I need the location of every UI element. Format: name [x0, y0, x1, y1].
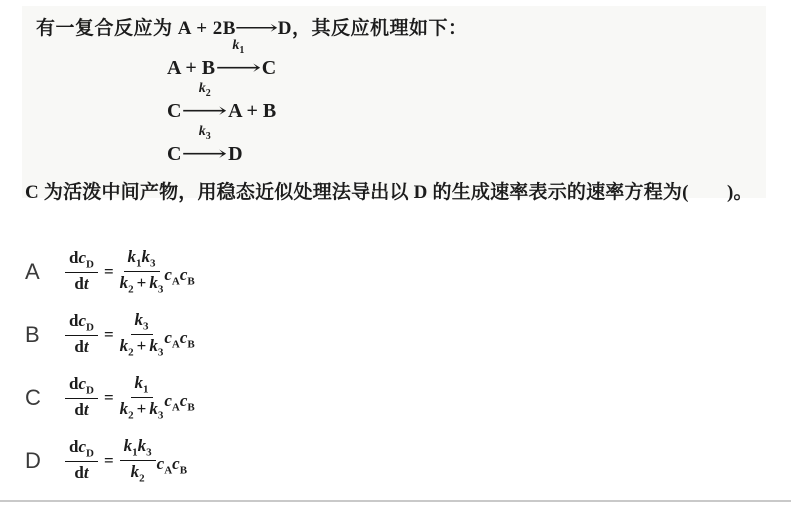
lhs-derivative-fraction: dcD dt — [65, 375, 98, 420]
mechanism-step-2: C k2 ⟶ A + B — [167, 83, 766, 126]
reaction-arrow-icon: ⟶ — [171, 141, 239, 166]
step3-arrow: k3 ⟶ — [183, 141, 226, 166]
rate-constant-fraction: k1 k2+k3 — [120, 374, 164, 422]
option-a-formula: dcD dt = k1k3 k2+k3 cAcB — [65, 248, 195, 296]
lhs-derivative-fraction: dcD dt — [65, 438, 98, 483]
option-b-label[interactable]: B — [25, 322, 49, 348]
intro-suffix: ，其反应机理如下： — [292, 18, 468, 39]
lhs-derivative-fraction: dcD dt — [65, 249, 98, 294]
concentration-terms: cAcB — [157, 454, 187, 476]
option-d[interactable]: D dcD dt = k1k3 k2 cAcB — [25, 429, 195, 492]
mechanism-step-3: C k3 ⟶ D — [167, 126, 766, 169]
concentration-terms: cAcB — [164, 265, 194, 287]
overall-reaction: A + 2B⟶D — [178, 18, 292, 39]
option-c[interactable]: C dcD dt = k1 k2+k3 cAcB — [25, 366, 195, 429]
question-scan-block: 有一复合反应为 A + 2B⟶D，其反应机理如下： A + B k1 ⟶ C C… — [22, 6, 766, 198]
question-stem: C 为活泼中间产物，用稳态近似处理法导出以 D 的生成速率表示的速率方程为( )… — [22, 177, 766, 204]
question-page: 有一复合反应为 A + 2B⟶D，其反应机理如下： A + B k1 ⟶ C C… — [0, 0, 791, 508]
option-a-label[interactable]: A — [25, 259, 49, 285]
rate-constant-fraction: k1k3 k2 — [120, 437, 156, 485]
options-list: A dcD dt = k1k3 k2+k3 cAcB B dcD dt — [25, 240, 195, 492]
concentration-terms: cAcB — [164, 328, 194, 350]
option-c-label[interactable]: C — [25, 385, 49, 411]
reaction-arrow-icon: ⟶ — [204, 55, 272, 80]
reaction-arrow-icon: ⟶ — [223, 17, 290, 40]
lhs-derivative-fraction: dcD dt — [65, 312, 98, 357]
rate-constant-fraction: k1k3 k2+k3 — [120, 248, 164, 296]
step2-arrow: k2 ⟶ — [183, 98, 226, 123]
step3-rate-constant: k3 — [199, 125, 211, 142]
step1-rate-constant: k1 — [232, 39, 244, 56]
mechanism-steps: A + B k1 ⟶ C C k2 ⟶ A + B C k3 ⟶ — [167, 40, 766, 169]
bottom-divider — [0, 500, 791, 502]
question-intro: 有一复合反应为 A + 2B⟶D，其反应机理如下： — [22, 6, 766, 40]
option-d-label[interactable]: D — [25, 448, 49, 474]
option-d-formula: dcD dt = k1k3 k2 cAcB — [65, 437, 187, 485]
step1-arrow: k1 ⟶ — [217, 55, 260, 80]
option-b-formula: dcD dt = k3 k2+k3 cAcB — [65, 311, 195, 359]
concentration-terms: cAcB — [164, 391, 194, 413]
equals-sign: = — [104, 262, 114, 282]
option-a[interactable]: A dcD dt = k1k3 k2+k3 cAcB — [25, 240, 195, 303]
rate-constant-fraction: k3 k2+k3 — [120, 311, 164, 359]
reaction-arrow-icon: ⟶ — [171, 98, 239, 123]
option-c-formula: dcD dt = k1 k2+k3 cAcB — [65, 374, 195, 422]
option-b[interactable]: B dcD dt = k3 k2+k3 cAcB — [25, 303, 195, 366]
mechanism-step-1: A + B k1 ⟶ C — [167, 40, 766, 83]
equals-sign: = — [104, 325, 114, 345]
equals-sign: = — [104, 388, 114, 408]
equals-sign: = — [104, 451, 114, 471]
intro-prefix: 有一复合反应为 — [36, 18, 178, 39]
step2-rate-constant: k2 — [199, 82, 211, 99]
